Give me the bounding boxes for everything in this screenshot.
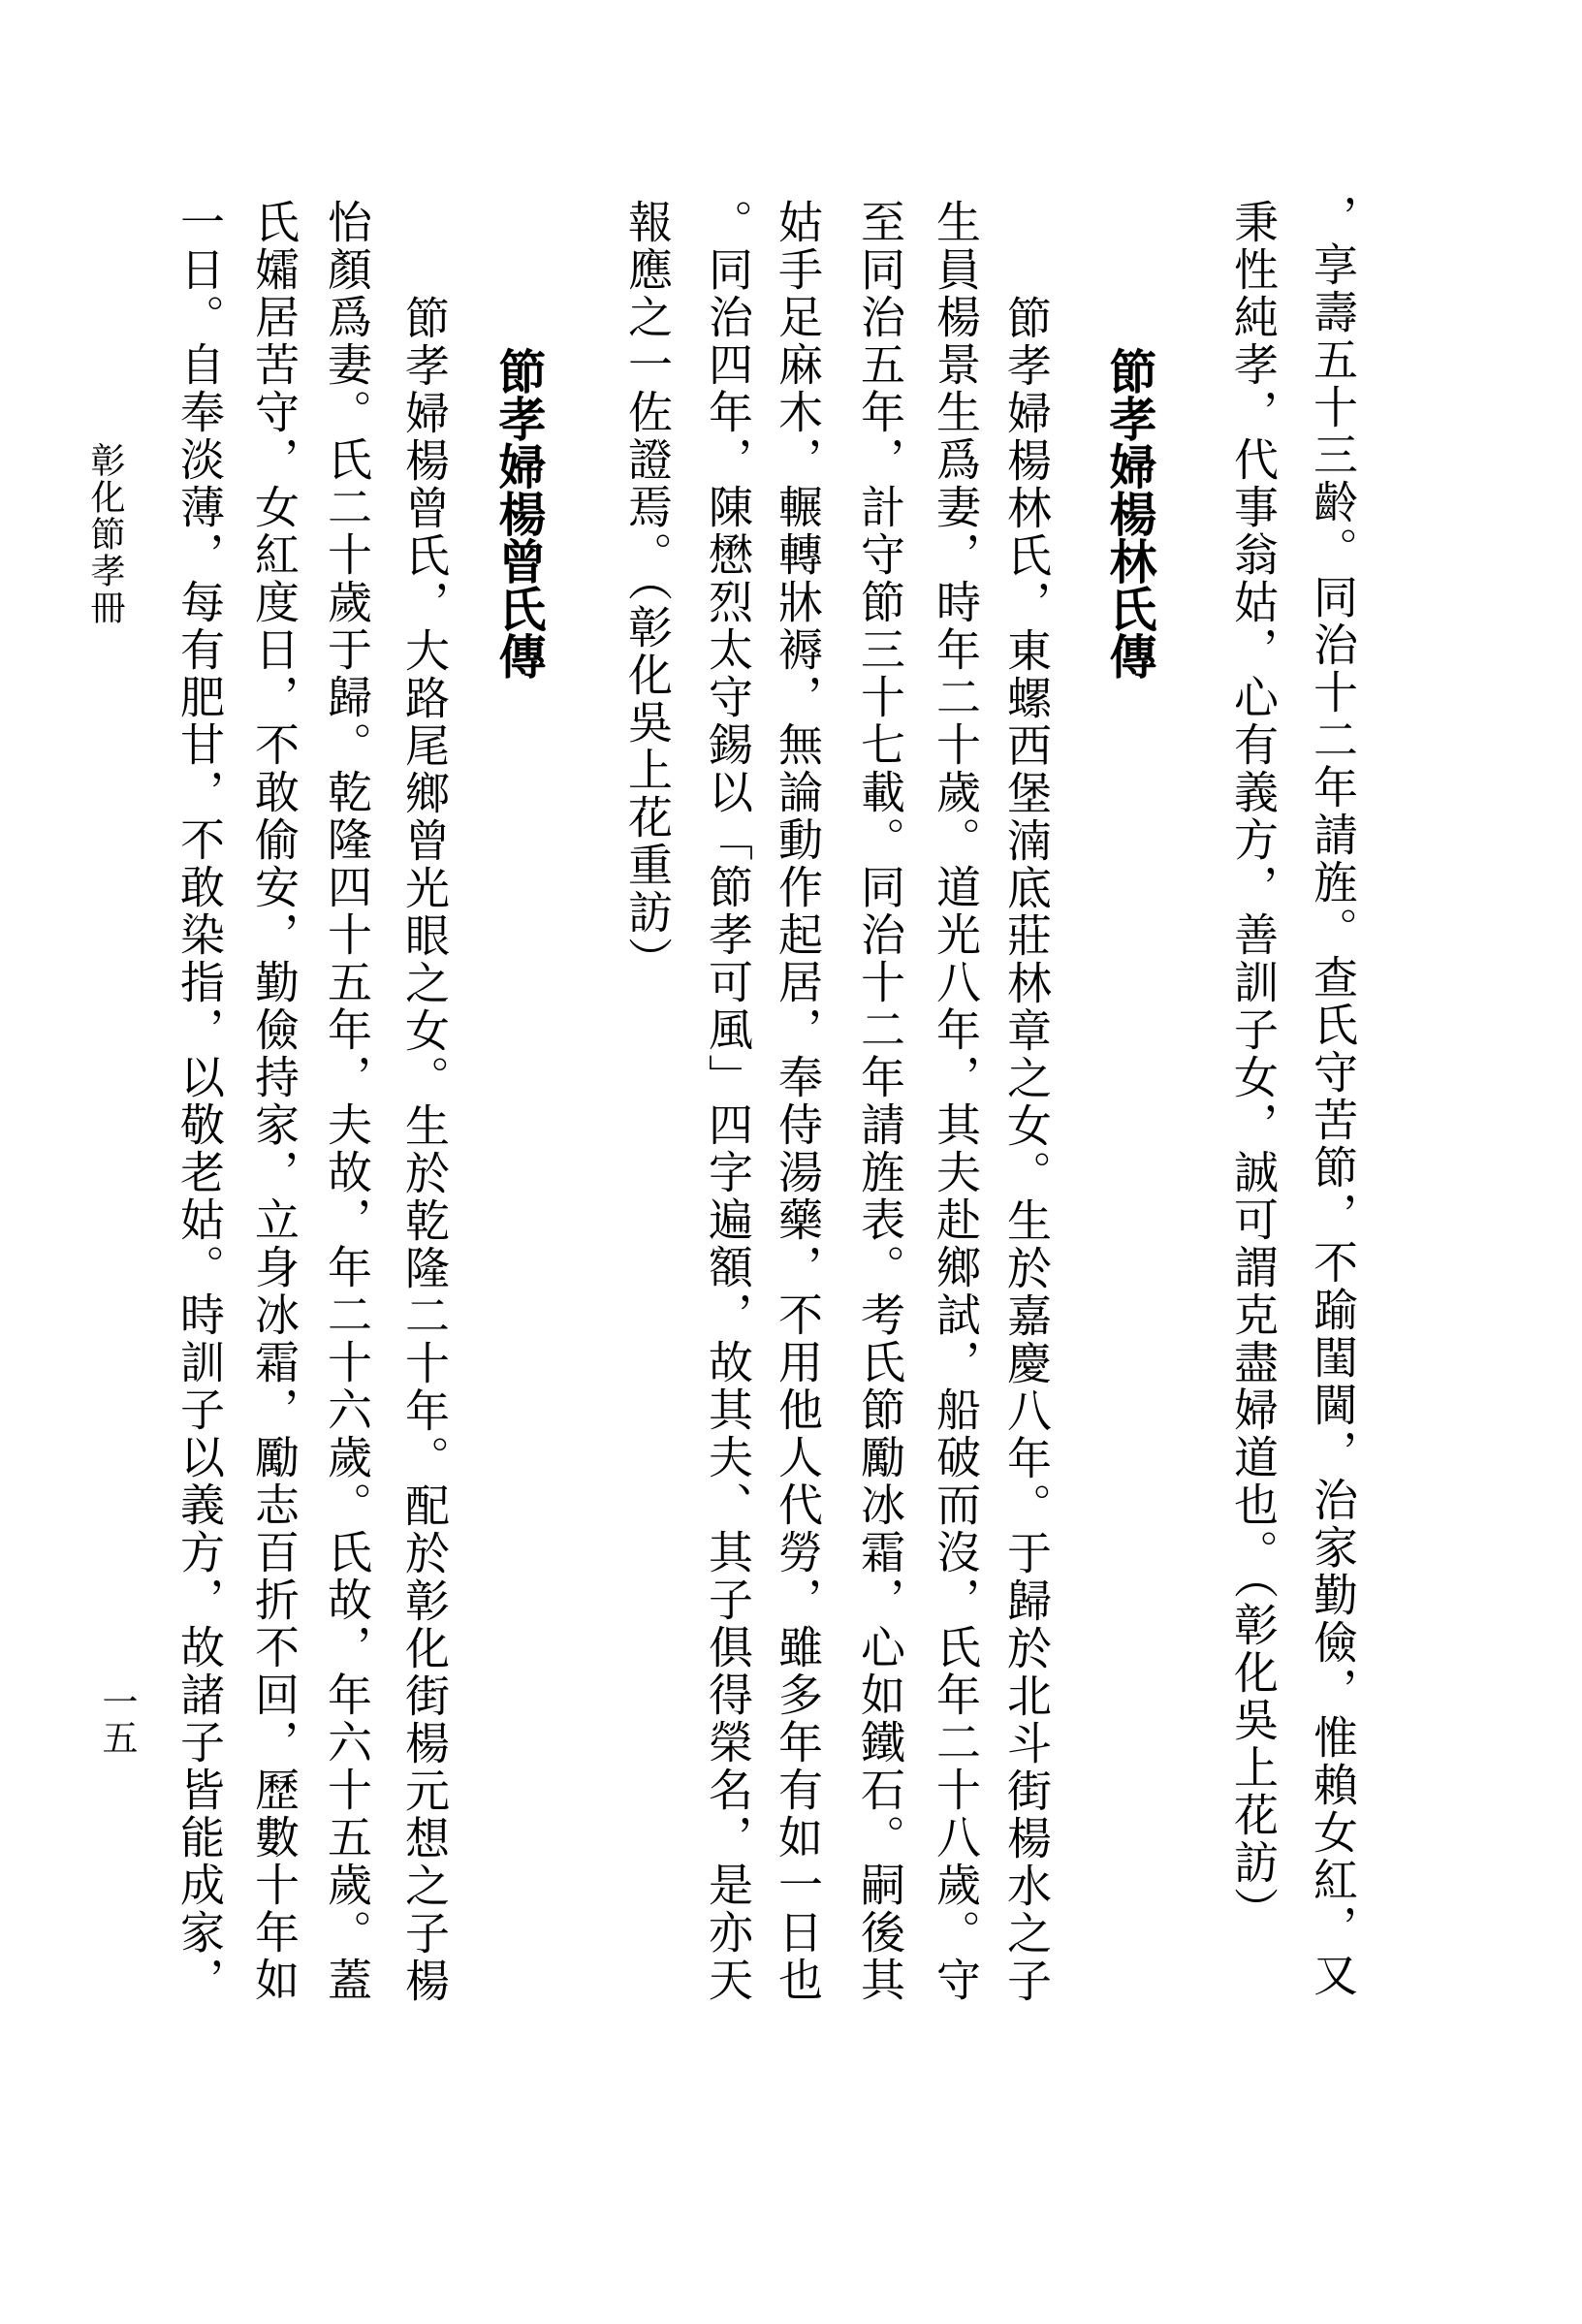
scanned-book-page: ，享壽五十三齡。同治十二年請旌。查氏守苦節，不踰閨閫，治家勤儉，惟賴女紅，又 秉…	[0, 0, 1582, 2324]
biography2-column-4: 一日。自奉淡薄，每有肥甘，不敢染指，以敬老姑。時訓子以義方，故諸子皆能成家，	[174, 199, 223, 2004]
page-number: 一五	[95, 1683, 136, 1755]
biography1-title: 節孝婦楊林氏傳	[1103, 347, 1155, 680]
biography1-column-2: 生員楊景生爲妻，時年二十歲。道光八年，其夫赴鄉試，船破而沒，氏年二十八歲。守	[931, 199, 979, 2004]
biography1-column-6: 報應之一佐證焉。（彰化吳上花重訪）	[622, 199, 671, 984]
biography2-column-3: 氏孀居苦守，女紅度日，不敢偷安，勤儉持家，立身冰霜，勵志百折不回，歷數十年如	[249, 199, 298, 2004]
continuation-column-1: ，享壽五十三齡。同治十二年請旌。查氏守苦節，不踰閨閫，治家勤儉，惟賴女紅，又	[1308, 194, 1356, 1999]
biography1-column-1: 節孝婦楊林氏，東螺西堡湳底莊林章之女。生於嘉慶八年。于歸於北斗街楊水之子	[1001, 295, 1050, 2005]
biography2-column-1: 節孝婦楊曾氏，大路尾鄉曾光眼之女。生於乾隆二十年。配於彰化街楊元想之子楊	[399, 295, 448, 2005]
margin-book-title: 彰化節孝冊	[86, 442, 125, 626]
biography1-column-5: 。同治四年，陳懋烈太守錫以「節孝可風」四字遍額，故其夫、其子俱得榮名，是亦天	[703, 199, 751, 2004]
biography1-column-4: 姑手足麻木，輾轉牀褥，無論動作起居，奉侍湯藥，不用他人代勞，雖多年有如一日也	[773, 199, 821, 2004]
continuation-column-2: 秉性純孝，代事翁姑，心有義方，善訓子女，誠可謂克盡婦道也。（彰化吳上花訪）	[1228, 199, 1277, 1934]
biography2-column-2: 怡顏爲妻。氏二十歲于歸。乾隆四十五年，夫故，年二十六歲。氏故，年六十五歲。蓋	[322, 199, 370, 2004]
biography1-column-3: 至同治五年，計守節三十七載。同治十二年請旌表。考氏節勵冰霜，心如鐵石。嗣後其	[855, 199, 903, 2004]
biography2-title: 節孝婦楊曾氏傳	[492, 347, 545, 680]
